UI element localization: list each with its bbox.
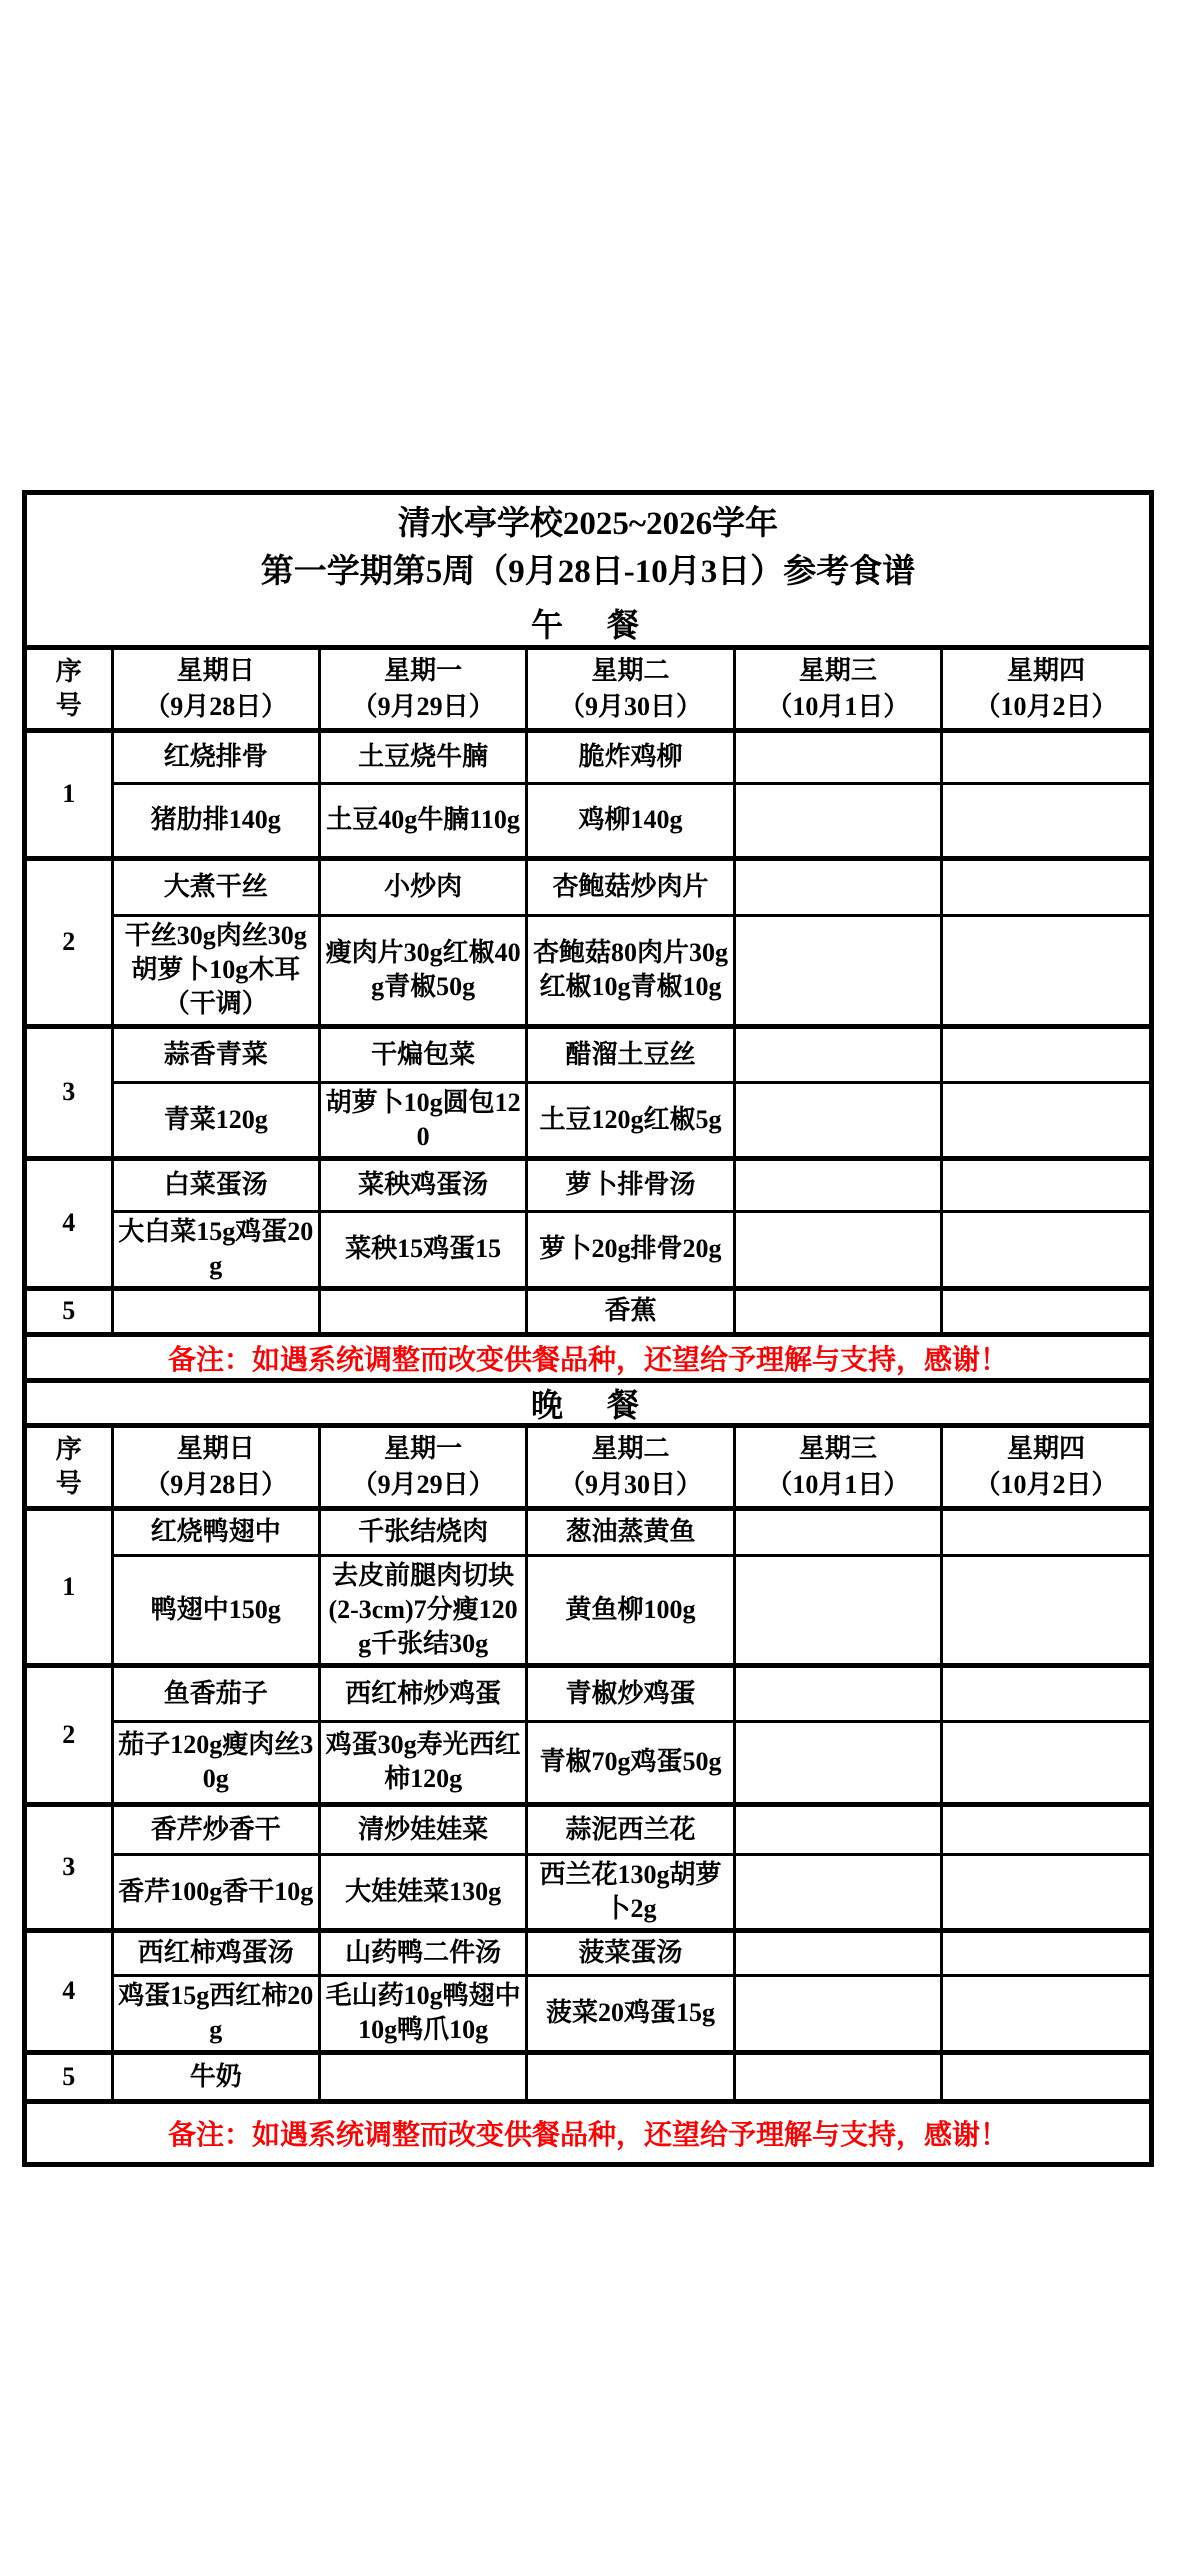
day-date: （10月1日） bbox=[740, 1467, 936, 1503]
dish-cell-lunch-r2-day3: 杏鲍菇炒肉片 bbox=[527, 858, 734, 915]
day-name: 星期三 bbox=[740, 1431, 936, 1467]
dish-cell-lunch-r3-day3: 醋溜土豆丝 bbox=[527, 1026, 734, 1082]
dish-cell-dinner-r4-day3: 菠菜蛋汤 bbox=[527, 1930, 734, 1975]
dish-cell-lunch-r3-day5 bbox=[942, 1026, 1149, 1082]
dish-cell-lunch-r4-day1: 白菜蛋汤 bbox=[112, 1158, 319, 1211]
dish-cell-dinner-r3-day1: 香芹炒香干 bbox=[112, 1804, 319, 1854]
detail-cell-dinner-r3-day2: 大娃娃菜130g bbox=[319, 1854, 526, 1930]
meal-header-dinner: 晚 餐 bbox=[27, 1378, 1149, 1428]
detail-cell-lunch-r1-day5 bbox=[942, 783, 1149, 858]
seq-cell-dinner-5: 5 bbox=[27, 2052, 112, 2099]
detail-cell-lunch-r2-day4 bbox=[734, 915, 941, 1026]
menu-table-frame: 清水亭学校2025~2026学年 第一学期第5周（9月28日-10月3日）参考食… bbox=[22, 490, 1154, 2167]
detail-cell-lunch-r3-day5 bbox=[942, 1082, 1149, 1158]
dish-cell-dinner-r2-day4 bbox=[734, 1665, 941, 1721]
dish-cell-lunch-r3-day2: 干煸包菜 bbox=[319, 1026, 526, 1082]
day-header-cell-lunch-3: 星期二（9月30日） bbox=[527, 650, 734, 730]
detail-cell-lunch-r3-day4 bbox=[734, 1082, 941, 1158]
dish-cell-lunch-r2-day2: 小炒肉 bbox=[319, 858, 526, 915]
dish-cell-lunch-r2-day5 bbox=[942, 858, 1149, 915]
detail-cell-dinner-r1-day1: 鸭翅中150g bbox=[112, 1555, 319, 1665]
day-date: （9月30日） bbox=[532, 1467, 728, 1503]
day-date: （9月28日） bbox=[118, 1467, 314, 1503]
dish-cell-lunch-r3-day1: 蒜香青菜 bbox=[112, 1026, 319, 1082]
day-header-cell-lunch-4: 星期三（10月1日） bbox=[734, 650, 941, 730]
dish-cell-lunch-r3-day4 bbox=[734, 1026, 941, 1082]
detail-cell-lunch-r2-day3: 杏鲍菇80肉片30g红椒10g青椒10g bbox=[527, 915, 734, 1026]
title-line-2: 第一学期第5周（9月28日-10月3日）参考食谱 bbox=[27, 548, 1149, 596]
detail-cell-lunch-r1-day4 bbox=[734, 783, 941, 858]
detail-cell-dinner-r2-day2: 鸡蛋30g寿光西红柿120g bbox=[319, 1721, 526, 1804]
detail-cell-lunch-r4-day4 bbox=[734, 1211, 941, 1288]
detail-cell-lunch-r2-day2: 瘦肉片30g红椒40g青椒50g bbox=[319, 915, 526, 1026]
detail-cell-dinner-r3-day5 bbox=[942, 1854, 1149, 1930]
dish-cell-lunch-r1-day3: 脆炸鸡柳 bbox=[527, 730, 734, 783]
detail-cell-dinner-r2-day4 bbox=[734, 1721, 941, 1804]
day-name: 星期一 bbox=[325, 653, 521, 689]
detail-cell-lunch-r1-day2: 土豆40g牛腩110g bbox=[319, 783, 526, 858]
detail-cell-dinner-r1-day4 bbox=[734, 1555, 941, 1665]
dish-cell-lunch-r1-day5 bbox=[942, 730, 1149, 783]
remark-lunch: 备注：如遇系统调整而改变供餐品种，还望给予理解与支持，感谢！ bbox=[27, 1332, 1149, 1378]
detail-cell-lunch-r1-day3: 鸡柳140g bbox=[527, 783, 734, 858]
seq-cell-lunch-2: 2 bbox=[27, 858, 112, 1026]
day-date: （10月1日） bbox=[740, 689, 936, 725]
seq-cell-dinner-1: 1 bbox=[27, 1508, 112, 1665]
detail-cell-dinner-r2-day5 bbox=[942, 1721, 1149, 1804]
dish-cell-dinner-r1-day5 bbox=[942, 1508, 1149, 1555]
dish-cell-dinner-r4-day4 bbox=[734, 1930, 941, 1975]
dish-cell-lunch-r4-day4 bbox=[734, 1158, 941, 1211]
day-name: 星期一 bbox=[325, 1431, 521, 1467]
detail-cell-dinner-r2-day3: 青椒70g鸡蛋50g bbox=[527, 1721, 734, 1804]
seq-cell-dinner-2: 2 bbox=[27, 1665, 112, 1804]
day-date: （9月29日） bbox=[325, 1467, 521, 1503]
seq-cell-lunch-5: 5 bbox=[27, 1288, 112, 1332]
day-name: 星期四 bbox=[947, 1431, 1145, 1467]
detail-cell-lunch-r4-day2: 菜秧15鸡蛋15 bbox=[319, 1211, 526, 1288]
lunch-table: 序号星期日（9月28日）星期一（9月29日）星期二（9月30日）星期三（10月1… bbox=[27, 650, 1149, 1332]
seq-header-cell-dinner: 序号 bbox=[27, 1428, 112, 1508]
dish-cell-dinner-r2-day2: 西红柿炒鸡蛋 bbox=[319, 1665, 526, 1721]
day-date: （10月2日） bbox=[947, 1467, 1145, 1503]
seq-cell-dinner-3: 3 bbox=[27, 1804, 112, 1930]
dish-cell-dinner-r2-day5 bbox=[942, 1665, 1149, 1721]
dish-cell-lunch-r2-day1: 大煮干丝 bbox=[112, 858, 319, 915]
title-line-1: 清水亭学校2025~2026学年 bbox=[27, 500, 1149, 548]
seq-cell-lunch-4: 4 bbox=[27, 1158, 112, 1288]
page-title: 清水亭学校2025~2026学年 第一学期第5周（9月28日-10月3日）参考食… bbox=[27, 495, 1149, 600]
dish-cell-lunch-r4-day3: 萝卜排骨汤 bbox=[527, 1158, 734, 1211]
detail-cell-dinner-r3-day3: 西兰花130g胡萝卜2g bbox=[527, 1854, 734, 1930]
day-header-cell-dinner-2: 星期一（9月29日） bbox=[319, 1428, 526, 1508]
detail-cell-dinner-r2-day1: 茄子120g瘦肉丝30g bbox=[112, 1721, 319, 1804]
day-name: 星期四 bbox=[947, 653, 1145, 689]
detail-cell-lunch-r2-day5 bbox=[942, 915, 1149, 1026]
detail-cell-lunch-r3-day3: 土豆120g红椒5g bbox=[527, 1082, 734, 1158]
dish-cell-dinner-r3-day2: 清炒娃娃菜 bbox=[319, 1804, 526, 1854]
dish-cell-lunch-r5-day5 bbox=[942, 1288, 1149, 1332]
menu-sheet: 清水亭学校2025~2026学年 第一学期第5周（9月28日-10月3日）参考食… bbox=[22, 490, 1154, 2167]
dish-cell-dinner-r3-day4 bbox=[734, 1804, 941, 1854]
dish-cell-lunch-r5-day1 bbox=[112, 1288, 319, 1332]
day-header-cell-lunch-1: 星期日（9月28日） bbox=[112, 650, 319, 730]
detail-cell-lunch-r2-day1: 干丝30g肉丝30g胡萝卜10g木耳（干调） bbox=[112, 915, 319, 1026]
dish-cell-dinner-r3-day5 bbox=[942, 1804, 1149, 1854]
dish-cell-dinner-r5-day2 bbox=[319, 2052, 526, 2099]
day-name: 星期三 bbox=[740, 653, 936, 689]
dish-cell-dinner-r5-day3 bbox=[527, 2052, 734, 2099]
day-name: 星期二 bbox=[532, 653, 728, 689]
day-name: 星期日 bbox=[118, 653, 314, 689]
dish-cell-dinner-r1-day3: 葱油蒸黄鱼 bbox=[527, 1508, 734, 1555]
detail-cell-dinner-r4-day3: 菠菜20鸡蛋15g bbox=[527, 1975, 734, 2052]
meal-header-lunch: 午 餐 bbox=[27, 600, 1149, 650]
seq-cell-lunch-3: 3 bbox=[27, 1026, 112, 1158]
detail-cell-lunch-r4-day5 bbox=[942, 1211, 1149, 1288]
day-header-cell-lunch-2: 星期一（9月29日） bbox=[319, 650, 526, 730]
detail-cell-dinner-r4-day4 bbox=[734, 1975, 941, 2052]
dish-cell-dinner-r5-day1: 牛奶 bbox=[112, 2052, 319, 2099]
detail-cell-dinner-r1-day5 bbox=[942, 1555, 1149, 1665]
dish-cell-dinner-r4-day2: 山药鸭二件汤 bbox=[319, 1930, 526, 1975]
dish-cell-lunch-r4-day5 bbox=[942, 1158, 1149, 1211]
day-header-cell-dinner-3: 星期二（9月30日） bbox=[527, 1428, 734, 1508]
detail-cell-dinner-r4-day2: 毛山药10g鸭翅中10g鸭爪10g bbox=[319, 1975, 526, 2052]
day-header-cell-dinner-1: 星期日（9月28日） bbox=[112, 1428, 319, 1508]
detail-cell-dinner-r3-day4 bbox=[734, 1854, 941, 1930]
dish-cell-dinner-r5-day5 bbox=[942, 2052, 1149, 2099]
dish-cell-lunch-r5-day2 bbox=[319, 1288, 526, 1332]
seq-header-cell-lunch: 序号 bbox=[27, 650, 112, 730]
seq-cell-lunch-1: 1 bbox=[27, 730, 112, 858]
detail-cell-lunch-r4-day3: 萝卜20g排骨20g bbox=[527, 1211, 734, 1288]
day-header-cell-lunch-5: 星期四（10月2日） bbox=[942, 650, 1149, 730]
dish-cell-dinner-r1-day2: 千张结烧肉 bbox=[319, 1508, 526, 1555]
dish-cell-lunch-r1-day2: 土豆烧牛腩 bbox=[319, 730, 526, 783]
dish-cell-lunch-r5-day4 bbox=[734, 1288, 941, 1332]
dish-cell-dinner-r1-day1: 红烧鸭翅中 bbox=[112, 1508, 319, 1555]
dish-cell-dinner-r3-day3: 蒜泥西兰花 bbox=[527, 1804, 734, 1854]
day-header-cell-dinner-5: 星期四（10月2日） bbox=[942, 1428, 1149, 1508]
dish-cell-dinner-r2-day1: 鱼香茄子 bbox=[112, 1665, 319, 1721]
dinner-table: 序号星期日（9月28日）星期一（9月29日）星期二（9月30日）星期三（10月1… bbox=[27, 1428, 1149, 2099]
day-name: 星期二 bbox=[532, 1431, 728, 1467]
day-header-cell-dinner-4: 星期三（10月1日） bbox=[734, 1428, 941, 1508]
detail-cell-lunch-r3-day1: 青菜120g bbox=[112, 1082, 319, 1158]
detail-cell-lunch-r1-day1: 猪肋排140g bbox=[112, 783, 319, 858]
dish-cell-lunch-r1-day1: 红烧排骨 bbox=[112, 730, 319, 783]
detail-cell-dinner-r4-day1: 鸡蛋15g西红柿20g bbox=[112, 1975, 319, 2052]
dish-cell-dinner-r1-day4 bbox=[734, 1508, 941, 1555]
dish-cell-lunch-r4-day2: 菜秧鸡蛋汤 bbox=[319, 1158, 526, 1211]
dish-cell-dinner-r5-day4 bbox=[734, 2052, 941, 2099]
dish-cell-lunch-r5-day3: 香蕉 bbox=[527, 1288, 734, 1332]
seq-cell-dinner-4: 4 bbox=[27, 1930, 112, 2052]
detail-cell-lunch-r3-day2: 胡萝卜10g圆包120 bbox=[319, 1082, 526, 1158]
day-date: （9月28日） bbox=[118, 689, 314, 725]
detail-cell-lunch-r4-day1: 大白菜15g鸡蛋20g bbox=[112, 1211, 319, 1288]
day-date: （10月2日） bbox=[947, 689, 1145, 725]
day-date: （9月29日） bbox=[325, 689, 521, 725]
detail-cell-dinner-r1-day3: 黄鱼柳100g bbox=[527, 1555, 734, 1665]
detail-cell-dinner-r3-day1: 香芹100g香干10g bbox=[112, 1854, 319, 1930]
dish-cell-dinner-r2-day3: 青椒炒鸡蛋 bbox=[527, 1665, 734, 1721]
day-name: 星期日 bbox=[118, 1431, 314, 1467]
detail-cell-dinner-r1-day2: 去皮前腿肉切块(2-3cm)7分瘦120g千张结30g bbox=[319, 1555, 526, 1665]
dish-cell-lunch-r2-day4 bbox=[734, 858, 941, 915]
detail-cell-dinner-r4-day5 bbox=[942, 1975, 1149, 2052]
dish-cell-lunch-r1-day4 bbox=[734, 730, 941, 783]
day-date: （9月30日） bbox=[532, 689, 728, 725]
dish-cell-dinner-r4-day1: 西红柿鸡蛋汤 bbox=[112, 1930, 319, 1975]
remark-dinner: 备注：如遇系统调整而改变供餐品种，还望给予理解与支持，感谢！ bbox=[27, 2099, 1149, 2162]
dish-cell-dinner-r4-day5 bbox=[942, 1930, 1149, 1975]
